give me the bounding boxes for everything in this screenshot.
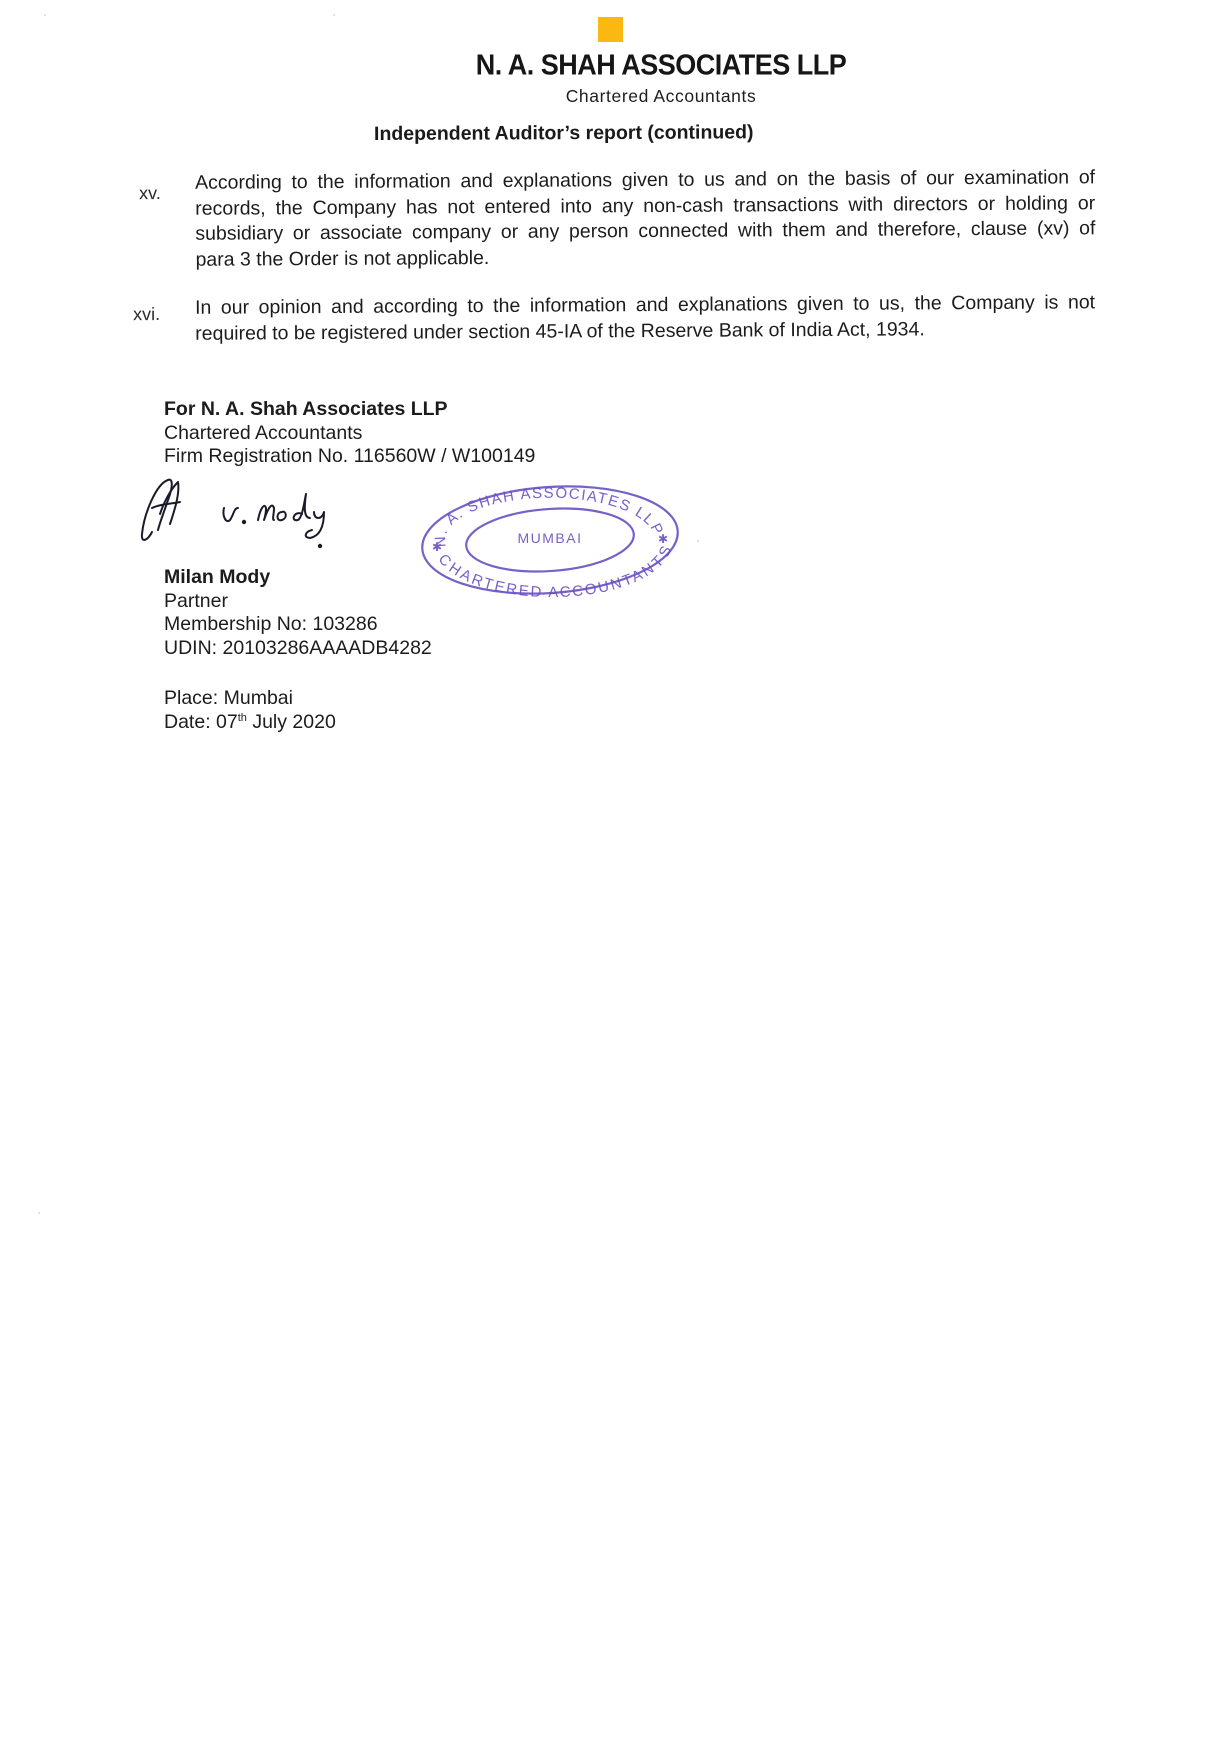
firm-name-text: N. A. SHAH ASSOCIATES LLP (476, 49, 847, 82)
firm-logo-square-icon (598, 17, 623, 42)
signatory-role: Partner (164, 590, 432, 614)
clause-text: According to the information and explana… (195, 165, 1096, 272)
stamp-center-text: MUMBAI (518, 530, 583, 546)
document-page: N. A. SHAH ASSOCIATES LLP Chartered Acco… (0, 0, 1232, 1744)
handwritten-signature (138, 474, 358, 554)
firm-registration: Firm Registration No. 116560W / W100149 (164, 445, 535, 469)
udin-number: UDIN: 20103286AAAADB4282 (164, 637, 432, 661)
place-line: Place: Mumbai (164, 687, 336, 711)
signatory-name: Milan Mody (164, 566, 432, 590)
firm-subtitle-text: Chartered Accountants (566, 86, 757, 107)
date-ordinal-suffix: th (238, 712, 247, 724)
firm-name-heading: N. A. SHAH ASSOCIATES LLP (0, 49, 1232, 82)
clause-number: xvi. (133, 304, 160, 325)
stamp-star-left-icon: ✱ (432, 540, 442, 554)
date-rest: July 2020 (247, 711, 336, 733)
firm-subtitle: Chartered Accountants (0, 86, 1232, 107)
date-prefix: Date: 07 (164, 711, 238, 733)
stamp-star-right-icon: ✱ (658, 532, 668, 546)
scan-speck (38, 1212, 40, 1214)
clause-line: required to be registered under section … (195, 316, 1095, 347)
scan-speck (697, 540, 699, 542)
signatory-details: Milan Mody Partner Membership No: 103286… (164, 566, 432, 660)
for-firm-line: For N. A. Shah Associates LLP (164, 398, 535, 422)
clause-xv: xv. According to the information and exp… (0, 164, 1232, 172)
place-date-block: Place: Mumbai Date: 07th July 2020 (164, 687, 336, 734)
firm-designation: Chartered Accountants (164, 422, 535, 446)
report-title: Independent Auditor’s report (continued) (374, 121, 754, 146)
scan-speck (44, 14, 46, 16)
clause-text: In our opinion and according to the info… (195, 290, 1095, 346)
signatory-firm-block: For N. A. Shah Associates LLP Chartered … (164, 398, 535, 469)
clause-line: para 3 the Order is not applicable. (195, 242, 1095, 273)
clause-number: xv. (139, 183, 161, 204)
membership-number: Membership No: 103286 (164, 613, 432, 637)
scan-speck (333, 14, 335, 16)
clause-xvi: xvi. In our opinion and according to the… (0, 289, 1232, 297)
firm-seal-stamp: N. A. SHAH ASSOCIATES LLP CHARTERED ACCO… (418, 483, 682, 597)
date-line: Date: 07th July 2020 (164, 711, 336, 735)
